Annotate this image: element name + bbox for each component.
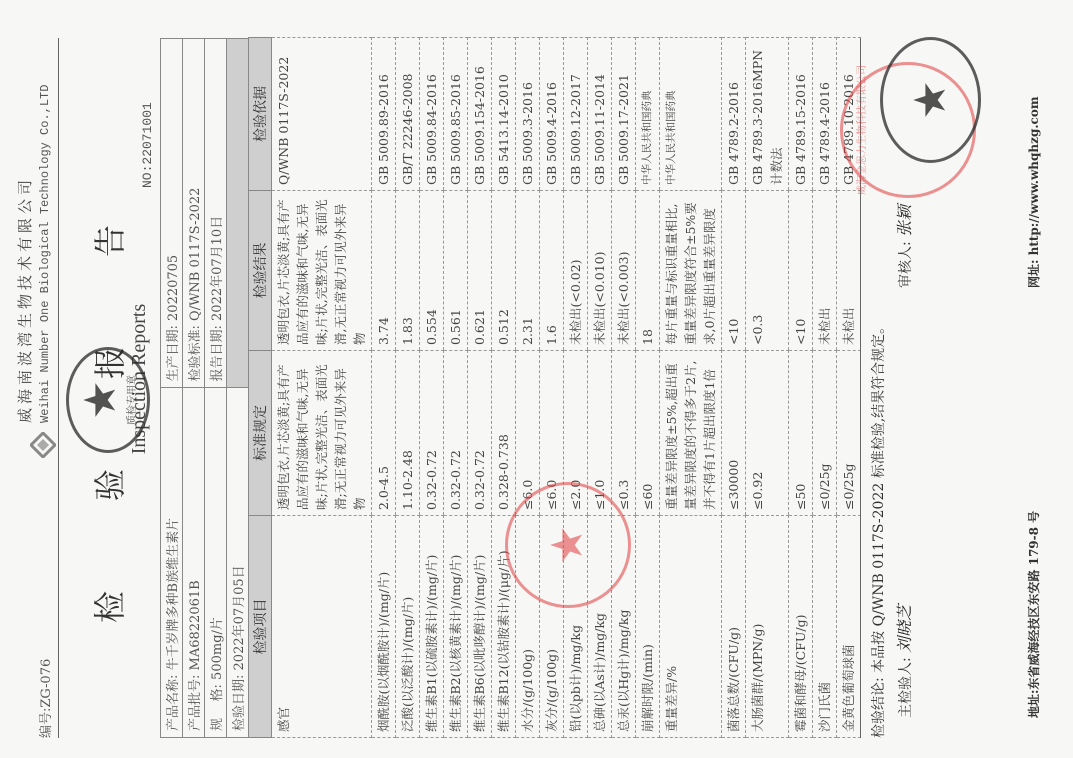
product-info-table: 产品名称: 牛千岁牌多种B族维生素片 生产日期: 20220705 产品批号: … — [160, 38, 249, 738]
table-row: 总砷(以As计)/mg/kg≤1.0未检出(<0.010)GB 5009.11-… — [588, 38, 612, 738]
cell-item: 大肠菌群/(MPN/g) — [746, 516, 789, 738]
company-address: 地址:东省威海经技区东安路 179-8 号 — [1025, 511, 1042, 718]
cell-standard: 0.32-0.72 — [420, 351, 444, 516]
cell-item: 霉菌和酵母/(CFU/g) — [789, 516, 813, 738]
cell-result: 0.621 — [468, 191, 492, 351]
cell-standard: ≤0/25g — [813, 351, 837, 516]
company-name-en: Weihai Number One Biological Technology … — [38, 85, 52, 423]
cell-standard: ≤0.3 — [612, 351, 636, 516]
inspection-report-page: 编号:ZG-076 威海南波湾生物技术有限公司 Weihai Number On… — [0, 0, 1073, 758]
cell-result: 未检出(<0.010) — [588, 191, 612, 351]
cell-item: 烟酰胺(以烟酰胺计)/(mg/片) — [372, 516, 396, 738]
table-row: 大肠菌群/(MPN/g)≤0.92<0.3GB 4789.3-2016MPN计数… — [746, 38, 789, 738]
table-row: 维生素B6(以吡哆醇计)/(mg/片)0.32-0.720.621GB 5009… — [468, 38, 492, 738]
cell-item: 维生素B6(以吡哆醇计)/(mg/片) — [468, 516, 492, 738]
table-row: 维生素B12(以钴胺素计)/(μg/片)0.328-0.7380.512GB 5… — [492, 38, 516, 738]
report-date-label: 报告日期: — [210, 325, 225, 381]
col-header-standard: 标准规定 — [249, 351, 272, 516]
inspector-signature: 刘晓芝 — [895, 605, 914, 653]
table-row: 铅(以pb计)/mg/kg≤2.0未检出(<0.02)GB 5009.12-20… — [564, 38, 588, 738]
cell-standard: 0.328-0.738 — [492, 351, 516, 516]
spec-label: 规 格: — [210, 684, 225, 731]
inspection-standard: Q/WNB 0117S-2022 — [188, 188, 203, 321]
cell-standard: 0.32-0.72 — [444, 351, 468, 516]
red-company-seal: ★ — [505, 482, 631, 608]
inspect-date-label: 检验日期: — [232, 675, 247, 731]
cell-result: 1.83 — [396, 191, 420, 351]
cell-result: 未检出 — [813, 191, 837, 351]
dark-approval-seal: ★ — [880, 37, 981, 163]
production-date-label: 生产日期: — [166, 325, 181, 381]
col-header-result: 检验结果 — [249, 191, 272, 351]
cell-item: 感官 — [272, 516, 372, 738]
cell-basis: GB 4789.2-2016 — [722, 38, 746, 191]
cell-item: 崩解时限/(min) — [636, 516, 660, 738]
table-row: 维生素B1(以硫胺素计)/(mg/片)0.32-0.720.554GB 5009… — [420, 38, 444, 738]
report-date: 2022年07月10日 — [210, 216, 225, 321]
cell-item: 维生素B1(以硫胺素计)/(mg/片) — [420, 516, 444, 738]
table-row: 沙门氏菌≤0/25g未检出GB 4789.4-2016 — [813, 38, 837, 738]
cell-result: <0.3 — [746, 191, 789, 351]
cell-basis: GB 5009.85-2016 — [444, 38, 468, 191]
cell-standard: 重量差异限度±5%,超出重量差异限度的不得多于2片,并不得有1片超出限度1倍 — [660, 351, 722, 516]
cell-item: 重量差异/% — [660, 516, 722, 738]
table-row: 霉菌和酵母/(CFU/g)≤50<10GB 4789.15-2016 — [789, 38, 813, 738]
cell-basis: GB 4789.15-2016 — [789, 38, 813, 191]
cell-result: <10 — [789, 191, 813, 351]
batch-label: 产品批号: — [188, 675, 203, 731]
document-code: 编号:ZG-076 — [35, 659, 54, 738]
cell-result: 未检出 — [837, 191, 861, 351]
table-row: 维生素B2(以核黄素计)/(mg/片)0.32-0.720.561GB 5009… — [444, 38, 468, 738]
reviewer-signature: 张颖 — [895, 205, 914, 237]
product-name-label: 产品名称: — [166, 675, 181, 731]
cell-standard: ≤60 — [636, 351, 660, 516]
report-number: NO:22071001 — [140, 102, 155, 188]
cell-result: 每片重量与标识重量相比,重量差异限度符合±5%要求,0片超出重量差异限度 — [660, 191, 722, 351]
cell-item: 沙门氏菌 — [813, 516, 837, 738]
cell-basis: GB 5009.154-2016 — [468, 38, 492, 191]
table-row: 水分/(g/100g)≤6.02.31GB 5009.3-2016 — [516, 38, 540, 738]
cell-standard: 0.32-0.72 — [468, 351, 492, 516]
company-logo-icon — [30, 432, 56, 458]
cell-result: 未检出(<0.003) — [612, 191, 636, 351]
inspection-seal: ★ 质检专用章 — [66, 347, 150, 453]
cell-standard: ≤0/25g — [837, 351, 861, 516]
cell-basis: GB 5009.17-2021 — [612, 38, 636, 191]
cell-standard: ≤50 — [789, 351, 813, 516]
cell-result: 18 — [636, 191, 660, 351]
cell-basis: 中华人民共和国药典 — [636, 38, 660, 191]
standard-label: 检验标准: — [188, 325, 203, 381]
cell-result: 1.6 — [540, 191, 564, 351]
table-row: 总汞(以Hg计)/mg/kg≤0.3未检出(<0.003)GB 5009.17-… — [612, 38, 636, 738]
cell-basis: GB 5009.84-2016 — [420, 38, 444, 191]
cell-result: 2.31 — [516, 191, 540, 351]
table-row: 烟酰胺(以烟酰胺计)/(mg/片)2.0-4.53.74GB 5009.89-2… — [372, 38, 396, 738]
product-name: 牛千岁牌多种B族维生素片 — [166, 518, 181, 671]
cell-item: 泛酸(以泛酸计)/(mg/片) — [396, 516, 420, 738]
company-name-cn: 威海南波湾生物技术有限公司 — [14, 176, 35, 423]
cell-standard: ≤0.92 — [746, 351, 789, 516]
cell-standard: 1.10-2.48 — [396, 351, 420, 516]
cell-result: 未检出(<0.02) — [564, 191, 588, 351]
cell-item: 金黄色葡萄球菌 — [837, 516, 861, 738]
inspector-label: 主检验人: — [898, 657, 914, 718]
reviewer-label: 审核人: — [898, 241, 914, 288]
cell-item: 维生素B2(以核黄素计)/(mg/片) — [444, 516, 468, 738]
cell-standard: 2.0-4.5 — [372, 351, 396, 516]
production-date: 20220705 — [166, 255, 181, 321]
cell-result: 3.74 — [372, 191, 396, 351]
batch-number: MA6822061B — [188, 580, 203, 670]
cell-basis: GB 5413.14-2010 — [492, 38, 516, 191]
inspection-results-table: 检验项目 标准规定 检验结果 检验依据 感官透明包衣,片芯淡黄;具有产品应有的滋… — [248, 37, 861, 738]
star-icon: ★ — [546, 525, 590, 564]
table-row: 灰分/(g/100g)≤6.01.6GB 5009.4-2016 — [540, 38, 564, 738]
table-row: 崩解时限/(min)≤6018中华人民共和国药典 — [636, 38, 660, 738]
cell-standard: ≤30000 — [722, 351, 746, 516]
cell-item: 菌落总数/(CFU/g) — [722, 516, 746, 738]
cell-standard: 透明包衣,片芯淡黄;具有产品应有的滋味和气味,无异味;片状,完整光洁、表面光滑;… — [272, 351, 372, 516]
cell-basis: GB 5009.12-2017 — [564, 38, 588, 191]
cell-basis: GB 4789.4-2016 — [813, 38, 837, 191]
star-icon: ★ — [909, 80, 953, 119]
col-header-item: 检验项目 — [249, 516, 272, 738]
cell-basis: GB 5009.3-2016 — [516, 38, 540, 191]
cell-basis: GB 5009.4-2016 — [540, 38, 564, 191]
header-divider — [58, 38, 59, 738]
table-row: 重量差异/%重量差异限度±5%,超出重量差异限度的不得多于2片,并不得有1片超出… — [660, 38, 722, 738]
cell-result: 0.561 — [444, 191, 468, 351]
cell-result: 透明包衣,片芯淡黄;具有产品应有的滋味和气味,无异味;片状,完整光洁、表面光滑,… — [272, 191, 372, 351]
inspection-conclusion: 检验结论: 本品按 Q/WNB 0117S-2022 标准检验,结果符合规定。 — [868, 320, 888, 738]
cell-result: 0.512 — [492, 191, 516, 351]
cell-basis: GB 4789.3-2016MPN计数法 — [746, 38, 789, 191]
cell-basis: GB 5009.89-2016 — [372, 38, 396, 191]
col-header-basis: 检验依据 — [249, 38, 272, 191]
cell-basis: GB 5009.11-2014 — [588, 38, 612, 191]
cell-basis: 中华人民共和国药典 — [660, 38, 722, 191]
table-row: 菌落总数/(CFU/g)≤30000<10GB 4789.2-2016 — [722, 38, 746, 738]
cell-basis: Q/WNB 0117S-2022 — [272, 38, 372, 191]
cell-result: 0.554 — [420, 191, 444, 351]
star-icon: ★ — [79, 380, 123, 419]
cell-result: <10 — [722, 191, 746, 351]
table-row: 感官透明包衣,片芯淡黄;具有产品应有的滋味和气味,无异味;片状,完整光洁、表面光… — [272, 38, 372, 738]
company-website[interactable]: 网址: http://www.whqhzg.com — [1025, 96, 1042, 288]
cell-basis: GB/T 22246-2008 — [396, 38, 420, 191]
inspect-date: 2022年07月05日 — [232, 565, 247, 670]
spec-value: 500mg/片 — [210, 617, 225, 680]
table-row: 泛酸(以泛酸计)/(mg/片)1.10-2.481.83GB/T 22246-2… — [396, 38, 420, 738]
